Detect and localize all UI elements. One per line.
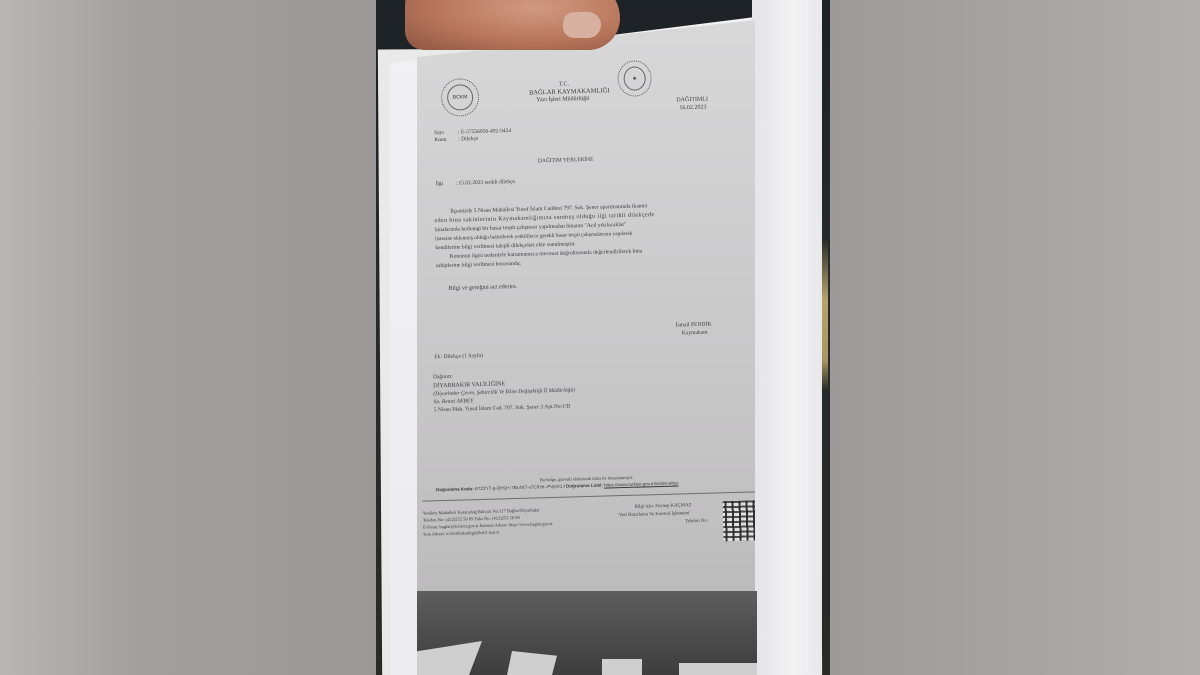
distribution-stamp: DAĞITIMLI: [676, 97, 708, 105]
ilgi-label: İlgi: [435, 181, 443, 188]
sayi-value: : E-57556056-492-9454: [458, 128, 511, 136]
sayi-label: Sayı: [434, 130, 444, 137]
footer-email: E-Posta: baglar@icisleri.gov.tr İnternet…: [423, 521, 553, 530]
thumbnail: [563, 12, 601, 38]
verification-link[interactable]: https://www.turkiye.gov.tr/icisleri-ebys: [604, 480, 679, 487]
info-contact: Bilgi için: Zeynep KAÇMAZ: [635, 503, 692, 510]
verification-line: Doğrulama Kodu: A7ZZY7-g-QHQ+-7BL4X7-x7C…: [436, 480, 679, 492]
footer-address: Yenikey Mahallesi Karacadağ Bulvarı No:1…: [423, 507, 540, 515]
attachment-line: Ek: Dilekçe (1 Sayfa): [434, 353, 483, 361]
info-phone: Telefon No:: [685, 519, 708, 525]
paper-sheet-edge: [752, 0, 822, 675]
info-role: Veri Hazırlama Ve Kontrol İşletmeni: [619, 511, 690, 518]
document-date: 16.02.2023: [679, 105, 706, 113]
signature-title: Kaymakam: [682, 330, 708, 337]
konu-label: Konu: [434, 137, 446, 144]
verification-code-label: Doğrulama Kodu:: [436, 486, 474, 492]
body-line: sahiplerine bilgi verilmesi hususunda;: [436, 261, 521, 270]
header-department: Yazı İşleri Müdürlüğü: [536, 96, 589, 104]
blurred-background-right: [830, 0, 1200, 675]
qr-code-icon: [723, 500, 755, 541]
konu-value: : Dilekçe: [458, 136, 478, 143]
printed-document: BCKM ◈ T.C. BAĞLAR KAYMAKAMLIĞI Yazı İşl…: [417, 20, 755, 592]
ilgi-value: : 15.02.2023 tarihli dilekçe.: [455, 179, 516, 187]
footer-divider: [422, 491, 755, 501]
distribution-line: Sn. Remzi AKBEY: [434, 398, 474, 405]
addressee: DAĞITIM YERLERİNE: [538, 157, 594, 165]
left-seal-icon: BCKM: [441, 78, 480, 117]
verification-code: A7ZZY7-g-QHQ+-7BL4X7-x7C9Ye--PVjeX1: [475, 484, 563, 491]
verification-link-label: / Doğrulama Linki:: [563, 483, 602, 489]
footer-kep: Kep Adresi: icisleribakanligi@hs01.kep.t…: [423, 530, 499, 537]
distribution-label: Dağıtım:: [433, 374, 453, 381]
coat-of-arms-icon: ◈: [617, 60, 652, 97]
signature-name: İsmail PENDİK: [675, 322, 711, 329]
scanned-dark-strip: [417, 591, 757, 675]
closing-line: Bilgi ve gereğini arz ederim.: [448, 284, 517, 293]
